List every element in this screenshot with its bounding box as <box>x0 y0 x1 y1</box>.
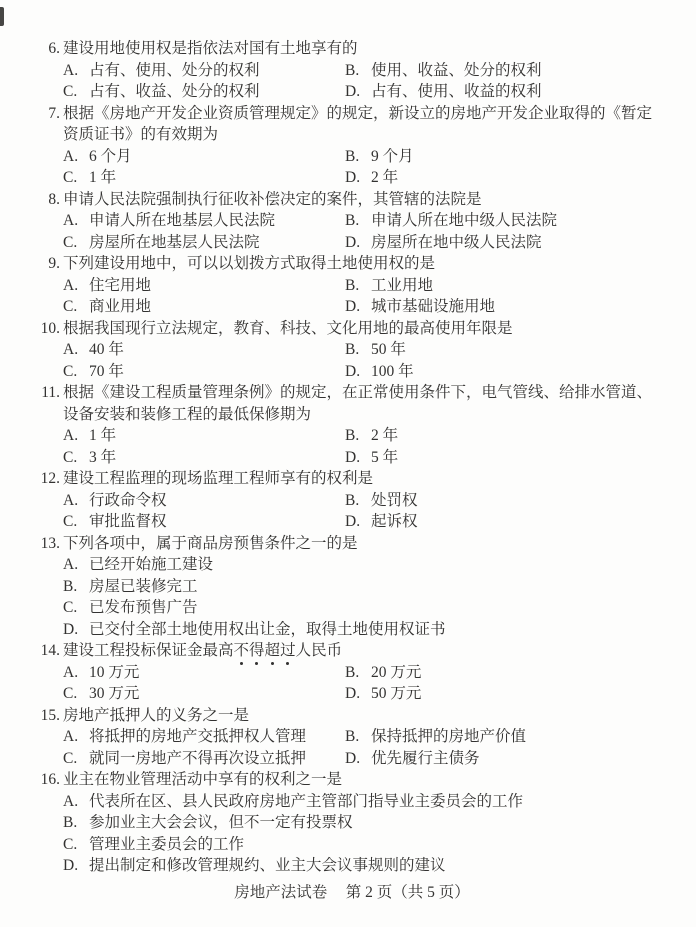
question-stem: 建设工程投标保证金最高不得超过人民币 <box>63 640 666 662</box>
option-text: 住宅用地 <box>89 277 151 294</box>
question-stem: 房地产抵押人的义务之一是 <box>63 705 666 727</box>
option-label: A. <box>63 339 89 361</box>
question-number: 9. <box>38 253 60 275</box>
option-label: D. <box>345 232 371 254</box>
option-label: D. <box>345 81 371 103</box>
option: A.40 年 <box>63 341 124 358</box>
option-row: A.代表所在区、县人民政府房地产主管部门指导业主委员会的工作 <box>38 791 666 813</box>
question-number: 8. <box>38 189 60 211</box>
question-head: 15.房地产抵押人的义务之一是 <box>38 705 666 727</box>
option-label: B. <box>345 662 371 684</box>
question-stem: 业主在物业管理活动中享有的权利之一是 <box>63 769 666 791</box>
option: B.工业用地 <box>345 275 433 297</box>
option-text: 代表所在区、县人民政府房地产主管部门指导业主委员会的工作 <box>89 793 523 810</box>
emphasized-char: 得 <box>249 640 265 662</box>
option-text: 20 万元 <box>371 664 421 681</box>
option: D.房屋所在地中级人民法院 <box>345 232 542 254</box>
option-text: 100 年 <box>371 363 414 380</box>
option: B.房屋已装修完工 <box>63 578 198 595</box>
option-label: B. <box>345 210 371 232</box>
option-label: D. <box>345 296 371 318</box>
option: B.申请人所在地中级人民法院 <box>345 210 557 232</box>
question-number: 14. <box>38 640 60 662</box>
option: B.2 年 <box>345 425 398 447</box>
option-label: C. <box>63 447 89 469</box>
option-text: 占有、使用、处分的权利 <box>89 62 260 79</box>
option: D.2 年 <box>345 167 398 189</box>
option-row: A.已经开始施工建设 <box>38 554 666 576</box>
option: D.城市基础设施用地 <box>345 296 495 318</box>
option: C.就同一房地产不得再次设立抵押 <box>63 750 306 767</box>
question-number: 16. <box>38 769 60 791</box>
question-head: 13.下列各项中，属于商品房预售条件之一的是 <box>38 533 666 555</box>
option-label: B. <box>345 146 371 168</box>
option-label: D. <box>345 167 371 189</box>
option-label: C. <box>63 511 89 533</box>
question-head: 9.下列建设用地中，可以以划拨方式取得土地使用权的是 <box>38 253 666 275</box>
option-row: A.将抵押的房地产交抵押权人管理B.保持抵押的房地产价值 <box>38 726 666 748</box>
option-label: D. <box>63 619 89 641</box>
option-label: C. <box>63 81 89 103</box>
question: 13.下列各项中，属于商品房预售条件之一的是A.已经开始施工建设B.房屋已装修完… <box>38 533 666 641</box>
option-label: A. <box>63 554 89 576</box>
option-label: B. <box>345 60 371 82</box>
option-text: 1 年 <box>89 427 116 444</box>
option: D.占有、使用、收益的权利 <box>345 81 542 103</box>
option-label: B. <box>63 576 89 598</box>
option-text: 城市基础设施用地 <box>371 298 495 315</box>
option: D.已交付全部土地使用权出让金，取得土地使用权证书 <box>63 621 446 638</box>
option-text: 管理业主委员会的工作 <box>89 836 244 853</box>
question-head: 6.建设用地使用权是指依法对国有土地享有的 <box>38 38 666 60</box>
option-label: A. <box>63 210 89 232</box>
option-text: 50 万元 <box>371 685 421 702</box>
option: B.保持抵押的房地产价值 <box>345 726 526 748</box>
option-label: D. <box>345 511 371 533</box>
option: C.已发布预售广告 <box>63 599 198 616</box>
option: D.优先履行主债务 <box>345 748 480 770</box>
option: C.70 年 <box>63 363 124 380</box>
option-text: 行政命令权 <box>89 492 167 509</box>
option: A.占有、使用、处分的权利 <box>63 62 260 79</box>
option-row: A.10 万元B.20 万元 <box>38 662 666 684</box>
question-stem: 根据《建设工程质量管理条例》的规定，在正常使用条件下，电气管线、给排水管道、设备… <box>63 382 666 425</box>
option-text: 就同一房地产不得再次设立抵押 <box>89 750 306 767</box>
option-label: C. <box>63 597 89 619</box>
option-text: 2 年 <box>371 169 398 186</box>
option-text: 申请人所在地基层人民法院 <box>89 212 275 229</box>
option-label: C. <box>63 167 89 189</box>
option: A.10 万元 <box>63 664 139 681</box>
question: 16.业主在物业管理活动中享有的权利之一是A.代表所在区、县人民政府房地产主管部… <box>38 769 666 877</box>
scan-artifact-mark <box>0 7 4 26</box>
question-stem: 申请人民法院强制执行征收补偿决定的案件，其管辖的法院是 <box>63 189 666 211</box>
option-row: B.参加业主大会会议，但不一定有投票权 <box>38 812 666 834</box>
option-label: A. <box>63 275 89 297</box>
question: 12.建设工程监理的现场监理工程师享有的权利是A.行政命令权B.处罚权C.审批监… <box>38 468 666 533</box>
option-label: B. <box>345 490 371 512</box>
option-label: C. <box>63 296 89 318</box>
option: D.100 年 <box>345 361 414 383</box>
option-text: 已发布预售广告 <box>89 599 198 616</box>
option-label: D. <box>63 855 89 877</box>
question-stem: 根据我国现行立法规定，教育、科技、文化用地的最高使用年限是 <box>63 318 666 340</box>
option-text: 3 年 <box>89 449 116 466</box>
doc-title: 房地产法试卷 <box>234 884 327 901</box>
question-stem: 下列各项中，属于商品房预售条件之一的是 <box>63 533 666 555</box>
option-row: C.1 年D.2 年 <box>38 167 666 189</box>
option-text: 房屋所在地基层人民法院 <box>89 234 260 251</box>
option-text: 已交付全部土地使用权出让金，取得土地使用权证书 <box>89 621 446 638</box>
option-label: A. <box>63 726 89 748</box>
option-label: C. <box>63 232 89 254</box>
option: A.6 个月 <box>63 148 132 165</box>
option-label: A. <box>63 425 89 447</box>
option-label: C. <box>63 361 89 383</box>
option-row: C.商业用地D.城市基础设施用地 <box>38 296 666 318</box>
option-label: C. <box>63 834 89 856</box>
option: C.占有、收益、处分的权利 <box>63 83 260 100</box>
question-head: 7.根据《房地产开发企业资质管理规定》的规定，新设立的房地产开发企业取得的《暂定… <box>38 103 666 146</box>
emphasized-char: 超 <box>265 640 281 662</box>
option-text: 1 年 <box>89 169 116 186</box>
option-text: 50 年 <box>371 341 406 358</box>
option: D.50 万元 <box>345 683 421 705</box>
option-text: 9 个月 <box>371 148 414 165</box>
question-number: 7. <box>38 103 60 146</box>
question-number: 6. <box>38 38 60 60</box>
option-label: C. <box>63 748 89 770</box>
option-text: 工业用地 <box>371 277 433 294</box>
option-text: 70 年 <box>89 363 124 380</box>
question-number: 15. <box>38 705 60 727</box>
option-row: A.占有、使用、处分的权利B.使用、收益、处分的权利 <box>38 60 666 82</box>
option-row: A.1 年B.2 年 <box>38 425 666 447</box>
option: A.1 年 <box>63 427 116 444</box>
option-text: 2 年 <box>371 427 398 444</box>
question-stem: 下列建设用地中，可以以划拨方式取得土地使用权的是 <box>63 253 666 275</box>
question: 11.根据《建设工程质量管理条例》的规定，在正常使用条件下，电气管线、给排水管道… <box>38 382 666 468</box>
option-row: A.行政命令权B.处罚权 <box>38 490 666 512</box>
option-label: A. <box>63 146 89 168</box>
option: B.使用、收益、处分的权利 <box>345 60 542 82</box>
option-text: 房屋已装修完工 <box>89 578 198 595</box>
option-row: C.就同一房地产不得再次设立抵押D.优先履行主债务 <box>38 748 666 770</box>
option-text: 房屋所在地中级人民法院 <box>371 234 542 251</box>
option-text: 10 万元 <box>89 664 139 681</box>
question: 10.根据我国现行立法规定，教育、科技、文化用地的最高使用年限是A.40 年B.… <box>38 318 666 383</box>
question-head: 8.申请人民法院强制执行征收补偿决定的案件，其管辖的法院是 <box>38 189 666 211</box>
option-text: 30 万元 <box>89 685 139 702</box>
option: C.商业用地 <box>63 298 151 315</box>
option-row: A.申请人所在地基层人民法院B.申请人所在地中级人民法院 <box>38 210 666 232</box>
option-row: C.70 年D.100 年 <box>38 361 666 383</box>
option-text: 占有、使用、收益的权利 <box>371 83 542 100</box>
option-text: 将抵押的房地产交抵押权人管理 <box>89 728 306 745</box>
question: 6.建设用地使用权是指依法对国有土地享有的A.占有、使用、处分的权利B.使用、收… <box>38 38 666 103</box>
option-text: 已经开始施工建设 <box>89 556 213 573</box>
page-indicator: 第 2 页（共 5 页） <box>346 884 470 901</box>
question-number: 12. <box>38 468 60 490</box>
option-text: 提出制定和修改管理规约、业主大会议事规则的建议 <box>89 857 446 874</box>
emphasized-char: 不 <box>234 640 250 662</box>
option-label: B. <box>345 726 371 748</box>
option-label: D. <box>345 447 371 469</box>
option-row: D.已交付全部土地使用权出让金，取得土地使用权证书 <box>38 619 666 641</box>
page-footer: 房地产法试卷第 2 页（共 5 页） <box>38 882 666 904</box>
option-label: D. <box>345 748 371 770</box>
option-label: A. <box>63 662 89 684</box>
exam-paper-page: 6.建设用地使用权是指依法对国有土地享有的A.占有、使用、处分的权利B.使用、收… <box>0 0 696 927</box>
option-row: B.房屋已装修完工 <box>38 576 666 598</box>
option-label: B. <box>345 339 371 361</box>
emphasized-char: 过 <box>280 640 296 662</box>
option: C.1 年 <box>63 169 116 186</box>
question: 8.申请人民法院强制执行征收补偿决定的案件，其管辖的法院是A.申请人所在地基层人… <box>38 189 666 254</box>
option-label: B. <box>345 425 371 447</box>
question-head: 11.根据《建设工程质量管理条例》的规定，在正常使用条件下，电气管线、给排水管道… <box>38 382 666 425</box>
option-label: A. <box>63 60 89 82</box>
option: D.起诉权 <box>345 511 418 533</box>
option: A.住宅用地 <box>63 277 151 294</box>
option-text: 审批监督权 <box>89 513 167 530</box>
option: B.50 年 <box>345 339 406 361</box>
option: D.提出制定和修改管理规约、业主大会议事规则的建议 <box>63 857 446 874</box>
option-text: 使用、收益、处分的权利 <box>371 62 542 79</box>
question-head: 14.建设工程投标保证金最高不得超过人民币 <box>38 640 666 662</box>
option-row: A.40 年B.50 年 <box>38 339 666 361</box>
option-row: C.占有、收益、处分的权利D.占有、使用、收益的权利 <box>38 81 666 103</box>
option-row: C.30 万元D.50 万元 <box>38 683 666 705</box>
option-row: A.住宅用地B.工业用地 <box>38 275 666 297</box>
option-label: C. <box>63 683 89 705</box>
option-label: B. <box>63 812 89 834</box>
question-number: 11. <box>38 382 60 425</box>
option-label: B. <box>345 275 371 297</box>
option: B.20 万元 <box>345 662 421 684</box>
option-text: 保持抵押的房地产价值 <box>371 728 526 745</box>
option-text: 5 年 <box>371 449 398 466</box>
option-text: 申请人所在地中级人民法院 <box>371 212 557 229</box>
question-stem: 建设工程监理的现场监理工程师享有的权利是 <box>63 468 666 490</box>
option-text: 参加业主大会会议，但不一定有投票权 <box>89 814 353 831</box>
question: 15.房地产抵押人的义务之一是A.将抵押的房地产交抵押权人管理B.保持抵押的房地… <box>38 705 666 770</box>
option: A.行政命令权 <box>63 492 167 509</box>
option: A.将抵押的房地产交抵押权人管理 <box>63 728 306 745</box>
question-head: 10.根据我国现行立法规定，教育、科技、文化用地的最高使用年限是 <box>38 318 666 340</box>
option-text: 40 年 <box>89 341 124 358</box>
option-row: C.房屋所在地基层人民法院D.房屋所在地中级人民法院 <box>38 232 666 254</box>
option-text: 处罚权 <box>371 492 418 509</box>
question: 7.根据《房地产开发企业资质管理规定》的规定，新设立的房地产开发企业取得的《暂定… <box>38 103 666 189</box>
option-text: 占有、收益、处分的权利 <box>89 83 260 100</box>
question-head: 12.建设工程监理的现场监理工程师享有的权利是 <box>38 468 666 490</box>
option: C.房屋所在地基层人民法院 <box>63 234 260 251</box>
option: C.30 万元 <box>63 685 139 702</box>
question-number: 13. <box>38 533 60 555</box>
option-label: D. <box>345 683 371 705</box>
question-head: 16.业主在物业管理活动中享有的权利之一是 <box>38 769 666 791</box>
option-label: A. <box>63 791 89 813</box>
question: 9.下列建设用地中，可以以划拨方式取得土地使用权的是A.住宅用地B.工业用地C.… <box>38 253 666 318</box>
option-row: D.提出制定和修改管理规约、业主大会议事规则的建议 <box>38 855 666 877</box>
option: D.5 年 <box>345 447 398 469</box>
question-stem: 建设用地使用权是指依法对国有土地享有的 <box>63 38 666 60</box>
option: B.9 个月 <box>345 146 414 168</box>
option-row: C.管理业主委员会的工作 <box>38 834 666 856</box>
option-text: 6 个月 <box>89 148 132 165</box>
option-label: D. <box>345 361 371 383</box>
option: A.已经开始施工建设 <box>63 556 213 573</box>
option: C.3 年 <box>63 449 116 466</box>
question: 14.建设工程投标保证金最高不得超过人民币A.10 万元B.20 万元C.30 … <box>38 640 666 705</box>
option: B.处罚权 <box>345 490 418 512</box>
option-text: 优先履行主债务 <box>371 750 480 767</box>
option-row: C.审批监督权D.起诉权 <box>38 511 666 533</box>
option: C.管理业主委员会的工作 <box>63 836 244 853</box>
option: A.代表所在区、县人民政府房地产主管部门指导业主委员会的工作 <box>63 793 523 810</box>
question-list: 6.建设用地使用权是指依法对国有土地享有的A.占有、使用、处分的权利B.使用、收… <box>38 38 666 877</box>
option-text: 商业用地 <box>89 298 151 315</box>
question-number: 10. <box>38 318 60 340</box>
option-row: C.已发布预售广告 <box>38 597 666 619</box>
option-label: A. <box>63 490 89 512</box>
option: B.参加业主大会会议，但不一定有投票权 <box>63 814 353 831</box>
option-row: A.6 个月B.9 个月 <box>38 146 666 168</box>
option: C.审批监督权 <box>63 513 167 530</box>
option-text: 起诉权 <box>371 513 418 530</box>
option: A.申请人所在地基层人民法院 <box>63 212 275 229</box>
option-row: C.3 年D.5 年 <box>38 447 666 469</box>
question-stem: 根据《房地产开发企业资质管理规定》的规定，新设立的房地产开发企业取得的《暂定资质… <box>63 103 666 146</box>
